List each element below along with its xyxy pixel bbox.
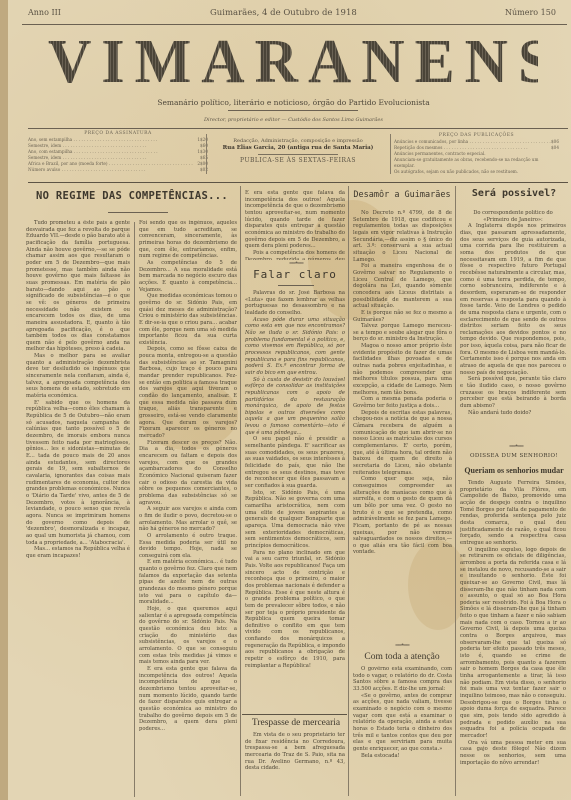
headline-odisseia: Queriam os senhorios mudar: [458, 466, 570, 475]
ornament-divider: ━━•━━: [496, 443, 536, 450]
column-rule: [240, 186, 241, 796]
article-desamor: No Decreto n.º 4799, de 8 de Setembro de…: [353, 210, 452, 648]
headline-com-toda-a-atencao: Com toda a atenção: [350, 652, 454, 662]
article-regime-col3: E era esta gente que falava da incompetê…: [245, 190, 345, 260]
price-row: Número avulso$02: [28, 167, 208, 173]
headline-desamor: Desamôr a Guimarães: [350, 190, 454, 200]
column-rule: [390, 134, 391, 174]
article-odisseia: Tendo Augusto Ferreira Simões, proprietá…: [460, 480, 566, 796]
divider: [28, 128, 568, 129]
article-regime-col2: Foi sendo que os ingénuos, aqueles que e…: [139, 220, 237, 798]
ornament-divider: ━━•━━: [380, 642, 424, 649]
ornament-divider: ━━•━━: [276, 260, 316, 267]
ad-price-box: PREÇO DAS PUBLICAÇÕES Anúncios e comunic…: [394, 133, 559, 175]
publication-day: PUBLICA-SE ÀS SEXTAS-FEIRAS: [208, 157, 388, 164]
office-info-box: Redacção, Administração, composição e im…: [208, 138, 388, 164]
article-trespasse: Em vista de o seu proprietário ter de fi…: [245, 732, 345, 792]
divider: [22, 24, 567, 25]
masthead-title: VIMARANENSE: [48, 28, 538, 93]
column-rule: [206, 134, 207, 174]
masthead-subtitle: Semanário político, literário e noticios…: [8, 98, 571, 107]
column-rule: [348, 186, 349, 796]
dateline: Guimarães, 4 de Outubro de 1918: [210, 8, 357, 18]
column-rule: [134, 222, 135, 797]
headline-trespasse: Trespasse de mercearia: [244, 718, 348, 728]
headline-regime: NO REGIME DAS COMPETÊNCIAS...: [26, 190, 238, 202]
newspaper-page: Anno III Guimarães, 4 de Outubro de 1918…: [8, 0, 571, 800]
column-rule: [455, 186, 456, 796]
address: Rua Elias Garcia, 20 (antiga rua de Sant…: [223, 145, 374, 151]
year-label: Anno III: [28, 8, 61, 17]
divider: [228, 110, 358, 111]
divider: [278, 285, 314, 286]
divider: [108, 212, 168, 213]
headline-sera-possivel: Será possivel?: [458, 188, 570, 199]
subscription-price-box: PREÇO DA ASSINATURA Ano, sem estampilha1…: [28, 131, 208, 173]
article-regime-col1: Tudo prometeu a êste país a gente desvai…: [26, 220, 130, 798]
issue-number: Número 150: [505, 8, 556, 17]
article-sera-possivel: Do correspondente político do «Primeiro …: [460, 210, 566, 460]
divider: [242, 714, 347, 715]
article-falar-claro: Palavras do sr. José Barbosa na «Luta» q…: [245, 290, 345, 690]
headline-falar-claro: Falar claro: [245, 268, 345, 281]
kicker-odisseia: ODISSEA DUM SENHORIO!: [458, 453, 570, 459]
director-line: Director, proprietário e editor — Custód…: [8, 117, 571, 123]
divider: [28, 182, 568, 183]
article-com-toda-a-atencao: O govêrno está examinando, com todo o va…: [353, 666, 452, 796]
